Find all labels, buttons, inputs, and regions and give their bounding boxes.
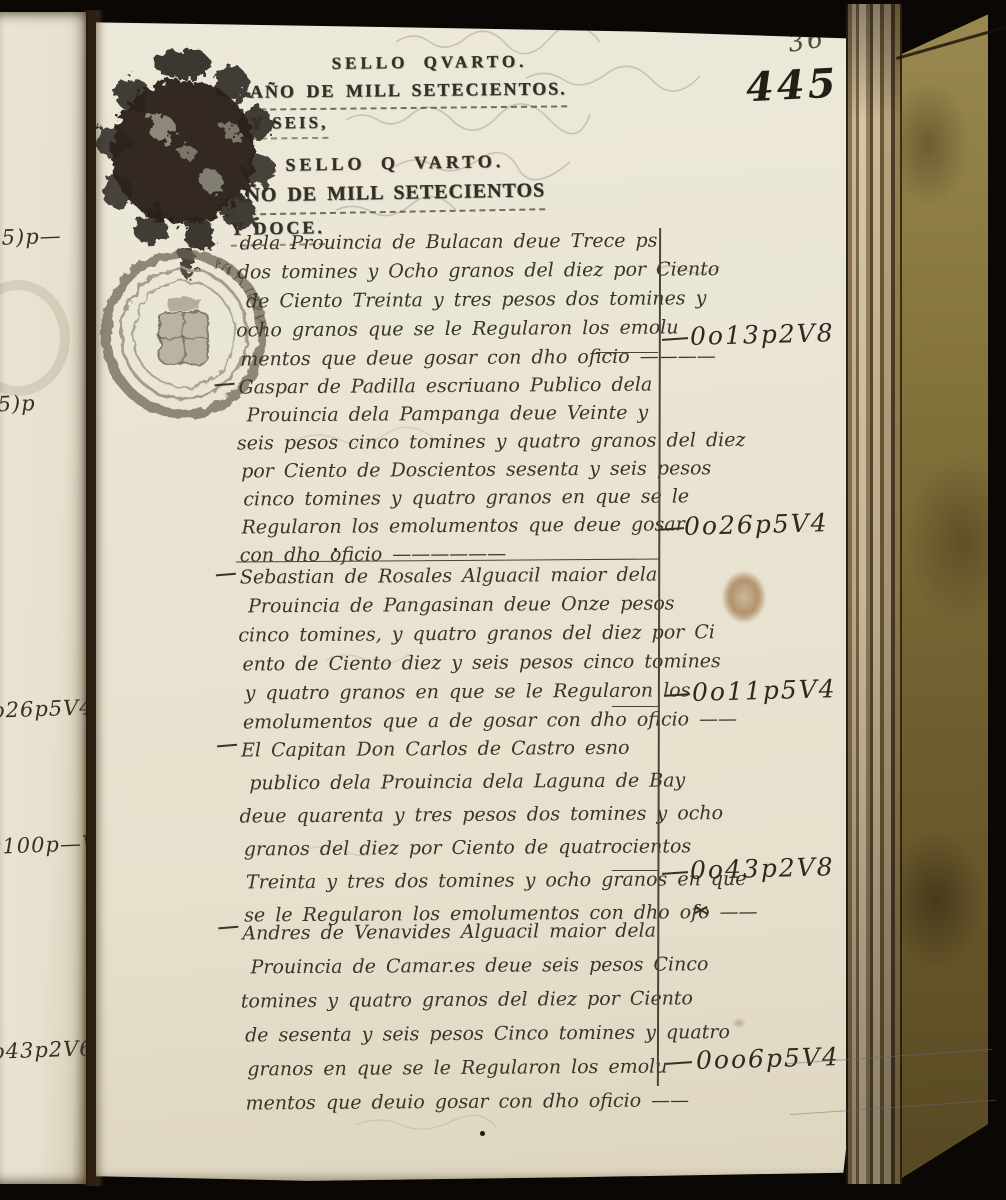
stamp-title: SELLO QVARTO. [332,49,528,77]
entry-line: seis pesos cinco tomines y quatro granos… [237,427,663,458]
entry-line: mentos que deuio gosar con dho oficio —— [245,1083,667,1120]
entry-line: dela Prouincia de Bulacan deue Trece ps [239,227,661,259]
check-cross-mark [694,904,708,916]
vellum-cover [902,0,988,1200]
paper-stain-small [730,1016,748,1030]
amount-connector-dash [666,1061,692,1065]
entry-line: cinco tomines, y quatro granos del diez … [238,619,664,651]
entry-line: tomines y quatro granos del diez por Cie… [241,981,667,1018]
margin-amount: 0o26p5V4 [684,508,829,541]
facing-amount: o5)p [0,391,36,417]
margin-amount: 0o13p2V8 [690,318,835,351]
entry-line: ocho granos que se le Regularon los emol… [236,314,662,346]
page-edge-stack [846,4,904,1184]
entry-line: Treinta y tres dos tomines y ocho granos… [246,863,666,899]
entry-closing-tick [612,870,658,871]
entry-line: Gaspar de Padilla escriuano Publico dela [238,371,662,402]
manuscript-page: PHILIPPVS 4. SELLO QVARTO. AÑO DE MILL S… [96,20,854,1182]
stamp-year-suffix: Y SEIS, [250,110,328,140]
facing-amount: o26p5V4 [0,695,86,723]
ledger-entry-camarines: Andres de Venavides Alguacil maior dela … [242,913,667,1120]
entry-line: deue quarenta y tres pesos dos tomines y… [239,798,665,834]
ink-speck [480,1131,485,1136]
entry-line: Prouincia dela Pampanga deue Veinte y [247,399,663,430]
facing-amount: o5)p— [0,224,62,251]
entry-line: Prouincia de Camar.es deue seis pesos Ci… [250,947,666,984]
stamp-title: SELLO Q VARTO. [285,148,504,180]
entry-closing-tick [596,352,658,353]
entry-line: y quatro granos en que se le Regularon l… [245,677,665,709]
entry-line: granos en que se le Regularon los emolu [247,1049,667,1086]
entry-line: Prouincia de Pangasinan deue Onze pesos [248,590,664,622]
entry-dash-mark [214,383,234,387]
facing-page-edge: o5)p— o5)p o26p5V4 0100p—V o43p2V6 [0,12,86,1184]
folio-number: 36 [786,23,828,58]
entry-line: por Ciento de Doscientos sesenta y seis … [241,455,663,486]
entry-line: Sebastian de Rosales Alguacil maior dela [240,561,664,593]
entry-line: de sesenta y seis pesos Cinco tomines y … [245,1015,667,1052]
entry-line: ento de Ciento diez y seis pesos cinco t… [242,648,664,680]
entry-dash-mark [218,926,238,930]
entry-line: dos tomines y Ocho granos del diez por C… [238,256,662,288]
cover-crease-line [896,23,1006,60]
paper-stain [718,566,770,628]
entry-closing-tick [612,706,658,707]
entry-line: de Ciento Treinta y tres pesos dos tomin… [246,285,662,317]
manuscript-photo: { "doc": { "folio_number": "36", "page_n… [0,0,1006,1200]
entry-dash-mark [217,744,237,748]
entry-line: Andres de Venavides Alguacil maior dela [242,913,666,950]
ledger-entry-pampanga: Gaspar de Padilla escriuano Publico dela… [238,371,663,570]
sello-quarto-stamp-1706: SELLO QVARTO. AÑO DE MILL SETECIENTOS. Y… [250,48,568,139]
entry-line: granos del diez por Ciento de quatrocien… [244,831,666,867]
facing-amount: o43p2V6 [0,1036,86,1064]
ledger-entry-laguna: El Capitan Don Carlos de Castro esno pub… [241,732,666,933]
stamp-year-line: AÑO DE MILL SETECIENTOS [230,175,546,215]
entry-dash-mark [216,573,236,577]
entry-line: Regularon los emolumentos que deue gosar [241,511,663,542]
stamp-year-line: AÑO DE MILL SETECIENTOS. [250,75,567,110]
margin-amount: 0o43p2V8 [690,852,835,885]
ledger-entry-pangasinan: Sebastian de Rosales Alguacil maior dela… [240,561,665,738]
amount-connector-dash [662,337,688,341]
facing-amount: 0100p—V [0,831,86,859]
page-number: 445 [745,60,840,112]
ghost-seal-mark [0,280,70,396]
entry-line: publico dela Prouincia dela Laguna de Ba… [249,765,665,801]
seal-class-number: 4. [145,195,176,230]
ink-speck [334,548,337,551]
ledger-entries: dela Prouincia de Bulacan deue Trece ps … [236,19,660,22]
entry-line: mentos que deue gosar con dho oficio ———… [240,343,662,375]
entry-line: cinco tomines y quatro granos en que se … [243,483,663,514]
entry-line: El Capitan Don Carlos de Castro esno [241,732,665,768]
margin-amount: 0o11p5V4 [692,674,837,707]
